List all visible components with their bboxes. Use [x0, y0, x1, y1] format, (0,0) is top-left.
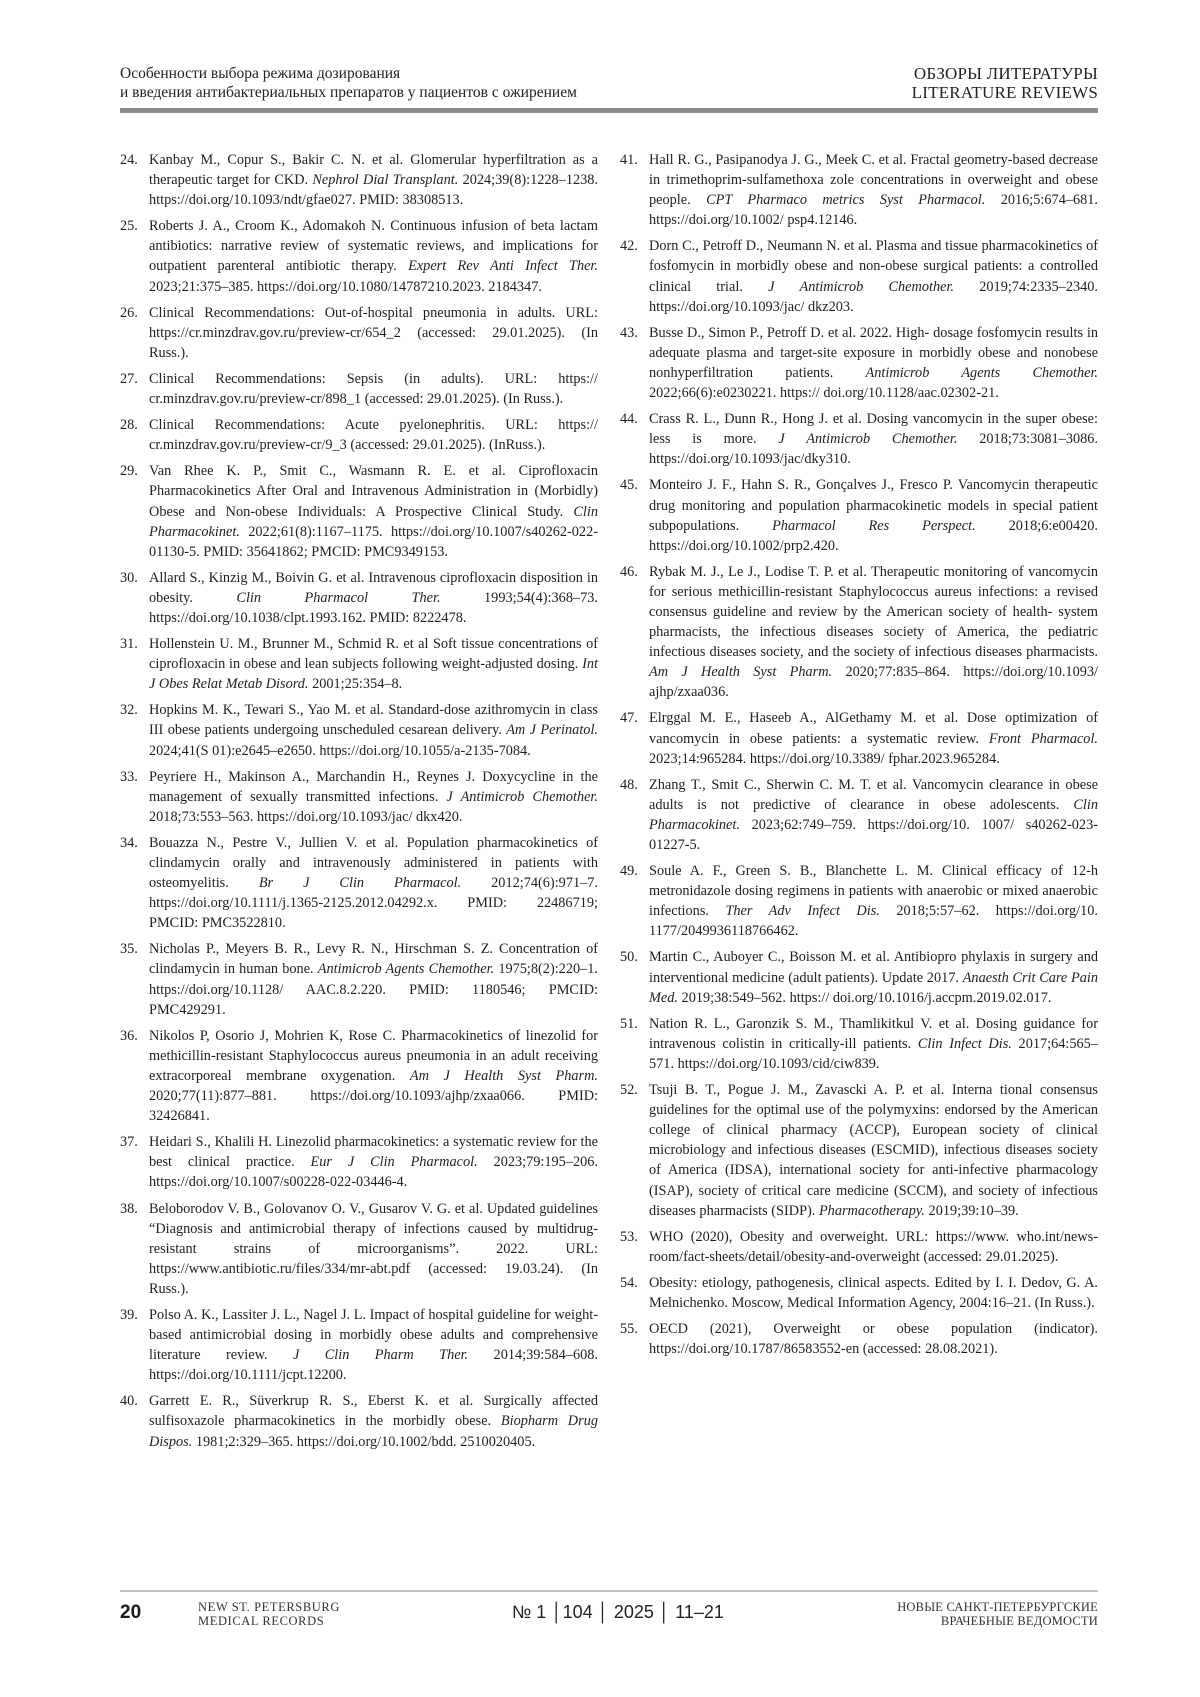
footer-divider — [120, 1590, 1098, 1592]
reference-journal: Front Pharmacol. — [989, 731, 1098, 747]
reference-text: Van Rhee K. P., Smit C., Wasmann R. E. e… — [149, 463, 598, 519]
reference-item: 39.Polso A. K., Lassiter J. L., Nagel J.… — [120, 1305, 598, 1385]
reference-number: 44. — [620, 409, 638, 429]
section-label: ОБЗОРЫ ЛИТЕРАТУРЫ LITERATURE REVIEWS — [912, 64, 1098, 102]
reference-details: 2023;21:375–385. https://doi.org/10.1080… — [149, 279, 542, 295]
reference-number: 48. — [620, 775, 638, 795]
reference-item: 43.Busse D., Simon P., Petroff D. et al.… — [620, 323, 1098, 403]
reference-item: 50.Martin C., Auboyer C., Boisson M. et … — [620, 947, 1098, 1007]
reference-number: 25. — [120, 216, 138, 236]
reference-number: 41. — [620, 150, 638, 170]
reference-item: 45.Monteiro J. F., Hahn S. R., Gonçalves… — [620, 475, 1098, 555]
reference-number: 39. — [120, 1305, 138, 1325]
journal-name-en: NEW ST. PETERSBURG MEDICAL RECORDS — [198, 1600, 340, 1628]
reference-number: 53. — [620, 1227, 638, 1247]
reference-number: 45. — [620, 475, 638, 495]
reference-item: 24.Kanbay M., Copur S., Bakir C. N. et a… — [120, 150, 598, 210]
reference-details: 2022;66(6):e0230221. https:// doi.org/10… — [649, 385, 999, 401]
running-title: Особенности выбора режима дозирования и … — [120, 64, 577, 102]
reference-text: Zhang T., Smit C., Sherwin C. M. T. et a… — [649, 777, 1098, 813]
section-label-ru: ОБЗОРЫ ЛИТЕРАТУРЫ — [912, 64, 1098, 83]
reference-item: 47.Elrggal M. E., Haseeb A., AlGethamy M… — [620, 708, 1098, 768]
reference-number: 50. — [620, 947, 638, 967]
page-number: 20 — [120, 1602, 141, 1624]
reference-number: 34. — [120, 833, 138, 853]
journal-name-ru-line-1: НОВЫЕ САНКТ-ПЕТЕРБУРГСКИЕ — [897, 1600, 1098, 1614]
reference-journal: Nephrol Dial Transplant. — [312, 172, 458, 188]
reference-item: 31.Hollenstein U. M., Brunner M., Schmid… — [120, 634, 598, 694]
reference-journal: Eur J Clin Pharmacol. — [311, 1154, 478, 1170]
reference-item: 37.Heidari S., Khalili H. Linezolid phar… — [120, 1132, 598, 1192]
reference-number: 30. — [120, 568, 138, 588]
reference-text: WHO (2020), Obesity and overweight. URL:… — [649, 1229, 1098, 1265]
reference-details: 2024;41(S 01):e2645–e2650. https://doi.o… — [149, 743, 531, 759]
references-column-right: 41.Hall R. G., Pasipanodya J. G., Meek C… — [620, 150, 1098, 1365]
reference-item: 41.Hall R. G., Pasipanodya J. G., Meek C… — [620, 150, 1098, 230]
page-footer: 20 NEW ST. PETERSBURG MEDICAL RECORDS № … — [120, 1600, 1098, 1640]
reference-journal: Expert Rev Anti Infect Ther. — [408, 258, 598, 274]
issue-info: № 1 │104 │ 2025 │ 11–21 — [512, 1602, 724, 1623]
reference-number: 32. — [120, 700, 138, 720]
reference-number: 36. — [120, 1026, 138, 1046]
reference-journal: CPT Pharmaco metrics Syst Pharmacol. — [706, 192, 985, 208]
reference-text: Obesity: etiology, pathogenesis, clinica… — [649, 1275, 1098, 1311]
reference-item: 49.Soule A. F., Green S. B., Blanchette … — [620, 861, 1098, 941]
reference-number: 51. — [620, 1014, 638, 1034]
reference-number: 26. — [120, 303, 138, 323]
journal-name-en-line-2: MEDICAL RECORDS — [198, 1614, 340, 1628]
reference-item: 32.Hopkins M. K., Tewari S., Yao M. et a… — [120, 700, 598, 760]
reference-number: 24. — [120, 150, 138, 170]
reference-journal: Br J Clin Pharmacol. — [259, 875, 461, 891]
reference-journal: Ther Adv Infect Dis. — [725, 903, 879, 919]
reference-journal: Antimicrob Agents Chemother. — [866, 365, 1098, 381]
running-title-line-1: Особенности выбора режима дозирования — [120, 64, 577, 83]
reference-journal: Am J Health Syst Pharm. — [649, 664, 832, 680]
reference-text: Clinical Recommendations: Out-of-hospita… — [149, 305, 598, 361]
reference-item: 35.Nicholas P., Meyers B. R., Levy R. N.… — [120, 939, 598, 1019]
reference-number: 31. — [120, 634, 138, 654]
reference-journal: Pharmacotherapy. — [819, 1203, 925, 1219]
reference-number: 42. — [620, 236, 638, 256]
running-title-line-2: и введения антибактериальных препаратов … — [120, 83, 577, 102]
reference-item: 29.Van Rhee K. P., Smit C., Wasmann R. E… — [120, 461, 598, 561]
reference-text: Clinical Recommendations: Sepsis (in adu… — [149, 371, 598, 407]
reference-details: 2020;77(11):877–881. https://doi.org/10.… — [149, 1088, 598, 1124]
reference-journal: Am J Perinatol. — [506, 722, 598, 738]
reference-item: 40.Garrett E. R., Süverkrup R. S., Ebers… — [120, 1391, 598, 1451]
section-label-en: LITERATURE REVIEWS — [912, 83, 1098, 102]
reference-text: Clinical Recommendations: Acute pyelonep… — [149, 417, 598, 453]
reference-item: 52.Tsuji B. T., Pogue J. M., Zavascki A.… — [620, 1080, 1098, 1221]
reference-details: 2023;14:965284. https://doi.org/10.3389/… — [649, 751, 1000, 767]
reference-item: 28.Clinical Recommendations: Acute pyelo… — [120, 415, 598, 455]
journal-name-ru: НОВЫЕ САНКТ-ПЕТЕРБУРГСКИЕ ВРАЧЕБНЫЕ ВЕДО… — [897, 1600, 1098, 1628]
reference-number: 38. — [120, 1199, 138, 1219]
reference-number: 52. — [620, 1080, 638, 1100]
reference-item: 54.Obesity: etiology, pathogenesis, clin… — [620, 1273, 1098, 1313]
reference-number: 29. — [120, 461, 138, 481]
reference-item: 30.Allard S., Kinzig M., Boivin G. et al… — [120, 568, 598, 628]
reference-text: OECD (2021), Overweight or obese populat… — [649, 1321, 1098, 1357]
reference-item: 55.OECD (2021), Overweight or obese popu… — [620, 1319, 1098, 1359]
reference-item: 34.Bouazza N., Pestre V., Jullien V. et … — [120, 833, 598, 933]
reference-journal: Am J Health Syst Pharm. — [410, 1068, 598, 1084]
reference-number: 43. — [620, 323, 638, 343]
journal-name-ru-line-2: ВРАЧЕБНЫЕ ВЕДОМОСТИ — [897, 1614, 1098, 1628]
reference-number: 54. — [620, 1273, 638, 1293]
reference-number: 37. — [120, 1132, 138, 1152]
reference-journal: Pharmacol Res Perspect. — [772, 518, 976, 534]
reference-item: 36.Nikolos P, Osorio J, Mohrien K, Rose … — [120, 1026, 598, 1126]
reference-item: 25.Roberts J. A., Croom K., Adomakoh N. … — [120, 216, 598, 296]
reference-item: 38.Beloborodov V. B., Golovanov O. V., G… — [120, 1199, 598, 1299]
reference-item: 46.Rybak M. J., Le J., Lodise T. P. et a… — [620, 562, 1098, 703]
reference-item: 27.Clinical Recommendations: Sepsis (in … — [120, 369, 598, 409]
page-header: Особенности выбора режима дозирования и … — [120, 64, 1098, 104]
reference-number: 46. — [620, 562, 638, 582]
reference-journal: J Antimicrob Chemother. — [768, 279, 954, 295]
reference-journal: J Antimicrob Chemother. — [446, 789, 598, 805]
reference-details: 2019;38:549–562. https:// doi.org/10.101… — [678, 990, 1051, 1006]
reference-item: 26.Clinical Recommendations: Out-of-hosp… — [120, 303, 598, 363]
reference-item: 44.Crass R. L., Dunn R., Hong J. et al. … — [620, 409, 1098, 469]
reference-details: 2001;25:354–8. — [309, 676, 403, 692]
reference-text: Rybak M. J., Le J., Lodise T. P. et al. … — [649, 564, 1098, 660]
reference-item: 42.Dorn C., Petroff D., Neumann N. et al… — [620, 236, 1098, 316]
reference-details: 2019;39:10–39. — [925, 1203, 1019, 1219]
reference-item: 53.WHO (2020), Obesity and overweight. U… — [620, 1227, 1098, 1267]
reference-item: 51.Nation R. L., Garonzik S. M., Thamlik… — [620, 1014, 1098, 1074]
reference-details: 2018;73:553–563. https://doi.org/10.1093… — [149, 809, 462, 825]
reference-journal: J Clin Pharm Ther. — [293, 1347, 468, 1363]
references-column-left: 24.Kanbay M., Copur S., Bakir C. N. et a… — [120, 150, 598, 1458]
reference-item: 48.Zhang T., Smit C., Sherwin C. M. T. e… — [620, 775, 1098, 855]
reference-text: Beloborodov V. B., Golovanov O. V., Gusa… — [149, 1201, 598, 1297]
reference-journal: Clin Pharmacol Ther. — [236, 590, 440, 606]
reference-journal: Antimicrob Agents Chemother. — [318, 961, 494, 977]
reference-journal: J Antimicrob Chemother. — [778, 431, 957, 447]
reference-text: Tsuji B. T., Pogue J. M., Zavascki A. P.… — [649, 1082, 1098, 1219]
reference-number: 55. — [620, 1319, 638, 1339]
reference-number: 27. — [120, 369, 138, 389]
reference-text: Hollenstein U. M., Brunner M., Schmid R.… — [149, 636, 598, 672]
reference-number: 40. — [120, 1391, 138, 1411]
reference-number: 47. — [620, 708, 638, 728]
reference-number: 33. — [120, 767, 138, 787]
reference-item: 33.Peyriere H., Makinson A., Marchandin … — [120, 767, 598, 827]
journal-name-en-line-1: NEW ST. PETERSBURG — [198, 1600, 340, 1614]
header-divider — [120, 108, 1098, 113]
reference-number: 28. — [120, 415, 138, 435]
reference-journal: Clin Infect Dis. — [918, 1036, 1012, 1052]
reference-number: 35. — [120, 939, 138, 959]
reference-number: 49. — [620, 861, 638, 881]
reference-details: 1981;2:329–365. https://doi.org/10.1002/… — [192, 1434, 535, 1450]
